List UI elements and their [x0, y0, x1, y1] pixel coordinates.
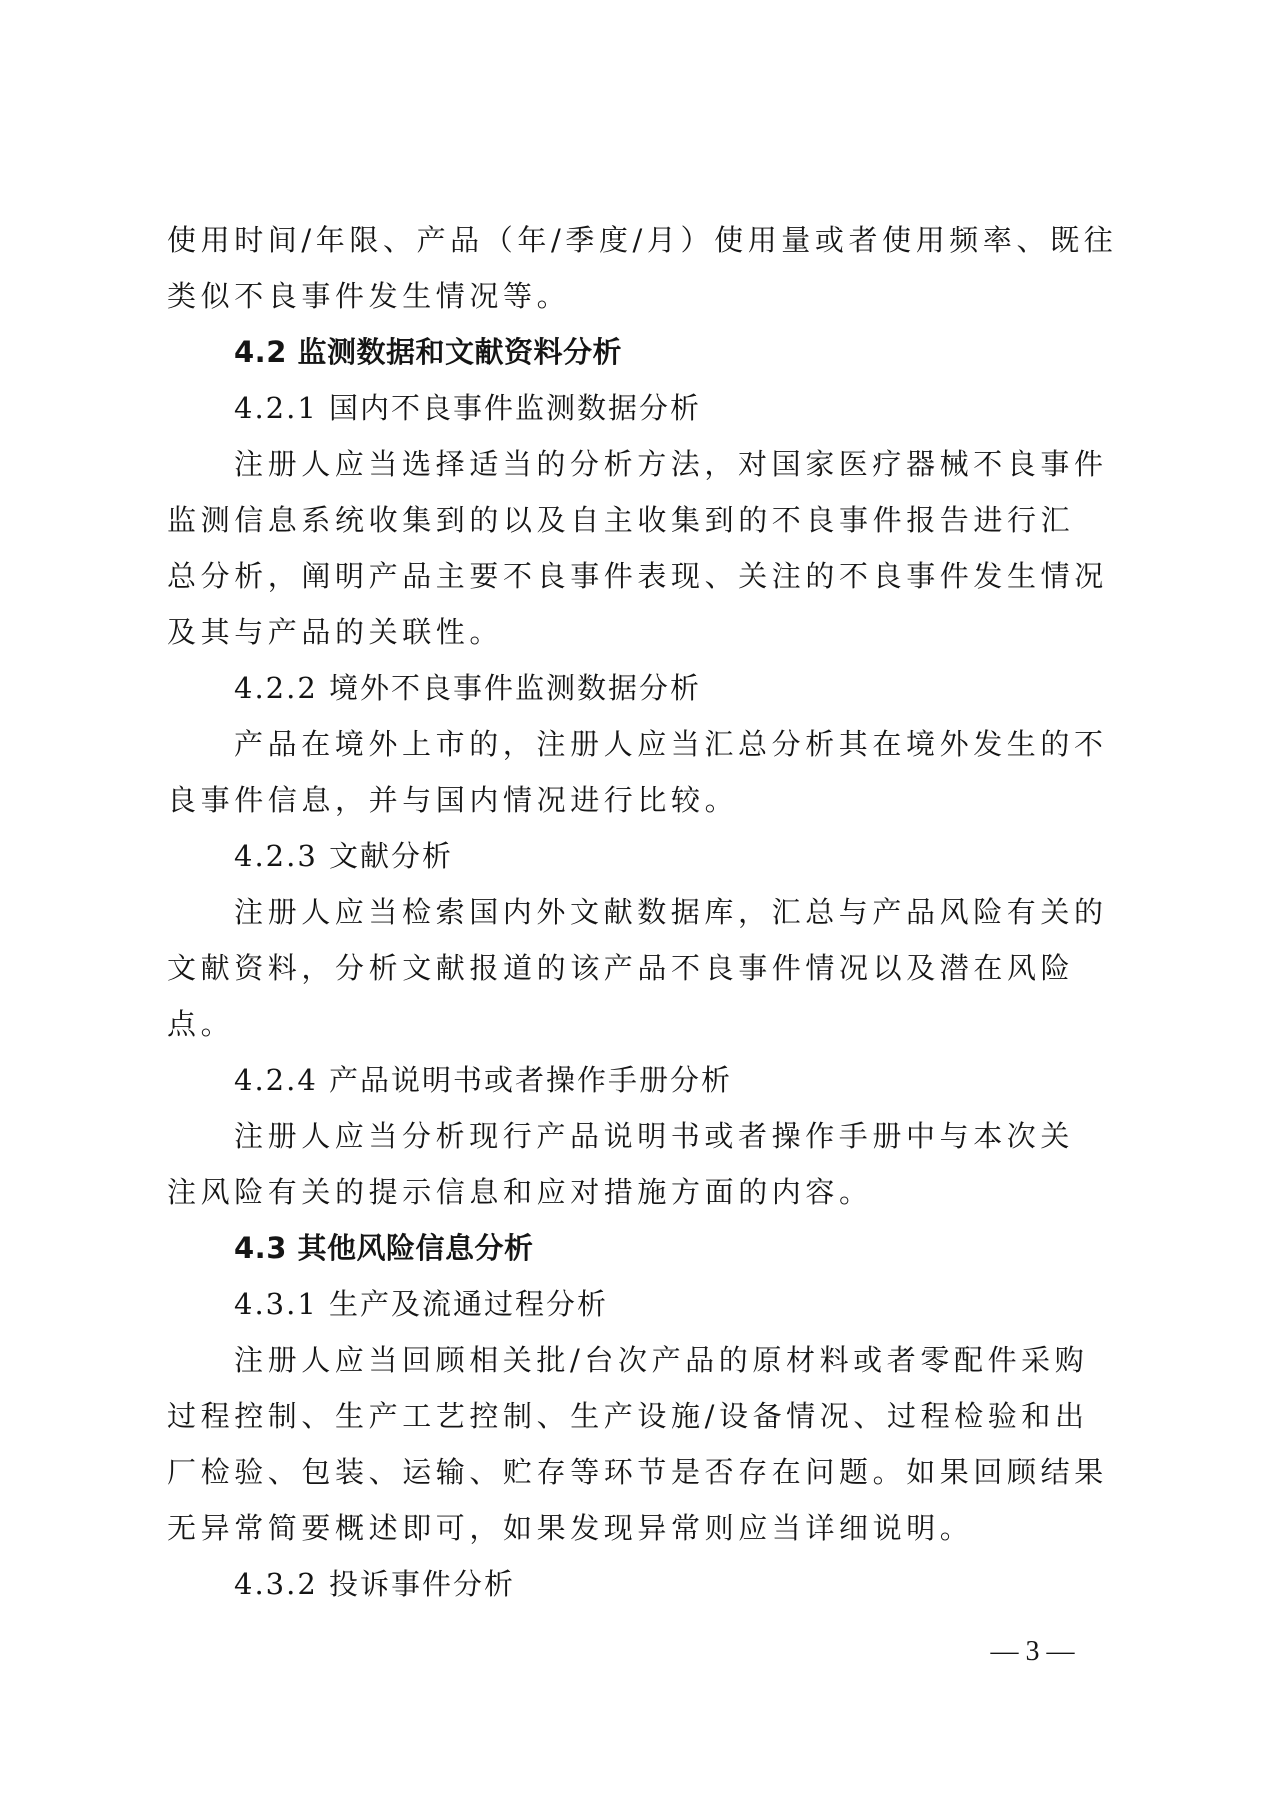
paragraph-line: 厂检验、包装、运输、贮存等环节是否存在问题。如果回顾结果: [167, 1444, 1117, 1500]
paragraph-line: 过程控制、生产工艺控制、生产设施/设备情况、过程检验和出: [167, 1388, 1117, 1444]
paragraph-line: 注风险有关的提示信息和应对措施方面的内容。: [167, 1164, 1117, 1220]
paragraph-line: 及其与产品的关联性。: [167, 604, 1117, 660]
paragraph-line: 点。: [167, 996, 1117, 1052]
document-page: 使用时间/年限、产品（年/季度/月）使用量或者使用频率、既往 类似不良事件发生情…: [0, 0, 1280, 1810]
subsection-heading-4-2-2: 4.2.2 境外不良事件监测数据分析: [167, 660, 1117, 716]
subsection-heading-4-2-3: 4.2.3 文献分析: [167, 828, 1117, 884]
paragraph-line: 产品在境外上市的，注册人应当汇总分析其在境外发生的不: [167, 716, 1117, 772]
paragraph-line: 注册人应当选择适当的分析方法，对国家医疗器械不良事件: [167, 436, 1117, 492]
paragraph-line: 监测信息系统收集到的以及自主收集到的不良事件报告进行汇: [167, 492, 1117, 548]
paragraph-line: 无异常简要概述即可，如果发现异常则应当详细说明。: [167, 1500, 1117, 1556]
section-heading-4-3: 4.3 其他风险信息分析: [167, 1220, 1117, 1276]
page-number: — 3 —: [975, 1634, 1090, 1670]
paragraph-line: 总分析，阐明产品主要不良事件表现、关注的不良事件发生情况: [167, 548, 1117, 604]
document-body: 使用时间/年限、产品（年/季度/月）使用量或者使用频率、既往 类似不良事件发生情…: [167, 212, 1117, 1612]
subsection-heading-4-3-2: 4.3.2 投诉事件分析: [167, 1556, 1117, 1612]
subsection-heading-4-2-4: 4.2.4 产品说明书或者操作手册分析: [167, 1052, 1117, 1108]
paragraph-line: 文献资料，分析文献报道的该产品不良事件情况以及潜在风险: [167, 940, 1117, 996]
subsection-heading-4-3-1: 4.3.1 生产及流通过程分析: [167, 1276, 1117, 1332]
paragraph-line: 注册人应当检索国内外文献数据库，汇总与产品风险有关的: [167, 884, 1117, 940]
body-line: 类似不良事件发生情况等。: [167, 268, 1117, 324]
paragraph-line: 注册人应当回顾相关批/台次产品的原材料或者零配件采购: [167, 1332, 1117, 1388]
paragraph-line: 注册人应当分析现行产品说明书或者操作手册中与本次关: [167, 1108, 1117, 1164]
subsection-heading-4-2-1: 4.2.1 国内不良事件监测数据分析: [167, 380, 1117, 436]
section-heading-4-2: 4.2 监测数据和文献资料分析: [167, 324, 1117, 380]
paragraph-line: 良事件信息，并与国内情况进行比较。: [167, 772, 1117, 828]
body-line: 使用时间/年限、产品（年/季度/月）使用量或者使用频率、既往: [167, 212, 1117, 268]
